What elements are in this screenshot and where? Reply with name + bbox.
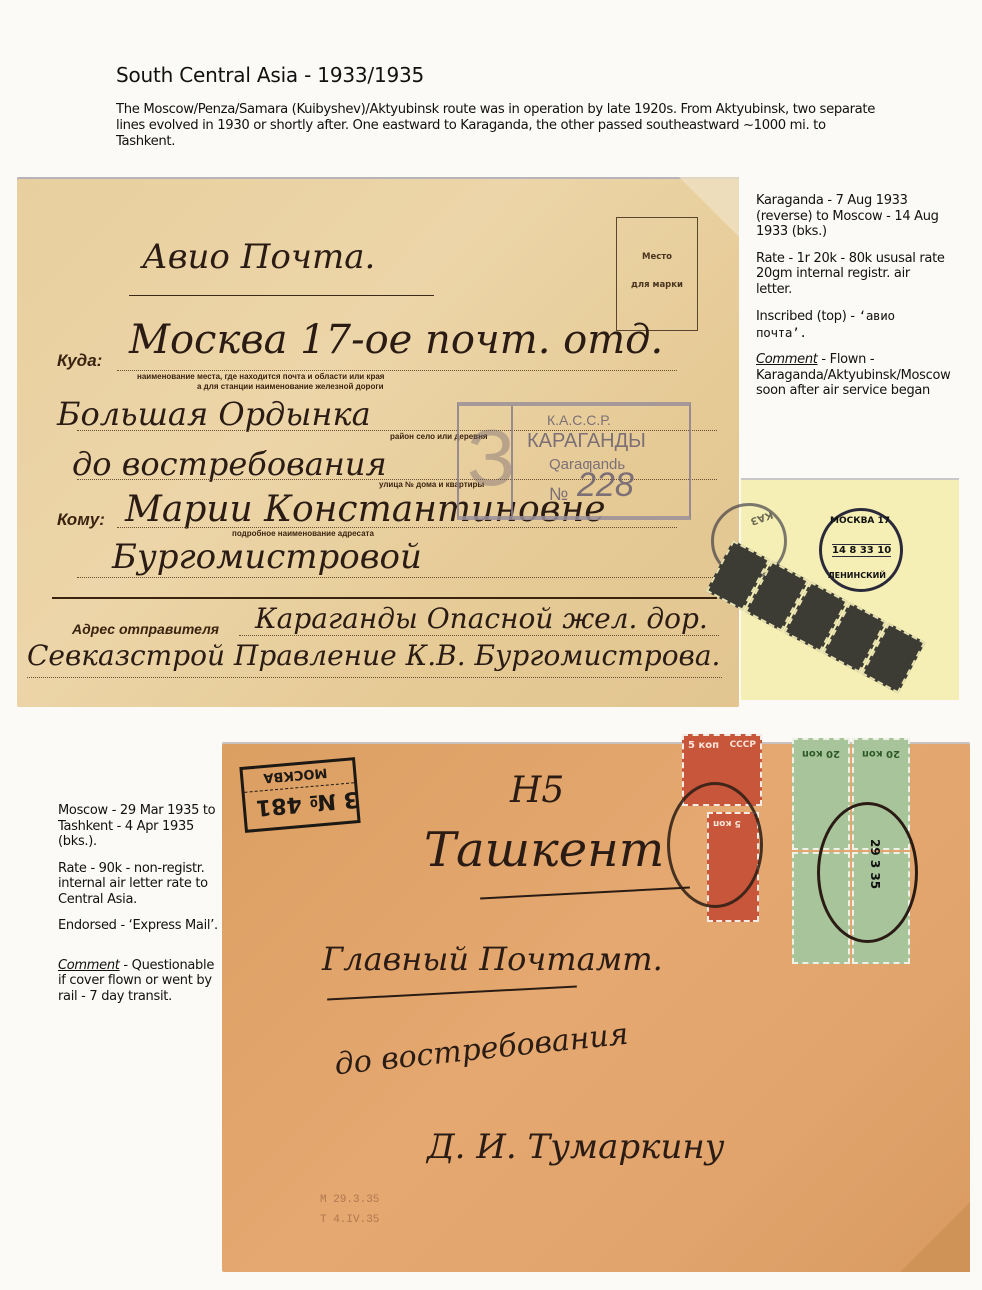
dotted-line [117, 527, 677, 528]
postmark-top: МОСКВА 17 [830, 516, 890, 526]
cover2-comment-note: Comment - Questionable if cover flown or… [58, 958, 218, 1005]
po-underline [327, 985, 577, 1000]
addressee: Д. И. Тумаркину [427, 1127, 724, 1167]
surname: Бургомистровой [112, 537, 422, 577]
inscribed-label: Inscribed (top) - [756, 309, 859, 324]
postmark-date: 29 3 35 [868, 839, 882, 889]
reg-box-bottom: 3 № 481 [255, 786, 360, 820]
cover1-route-note: Karaganda - 7 Aug 1933 (reverse) to Mosc… [756, 193, 946, 240]
green-stamp-value: 20 коп [802, 748, 840, 759]
moscow-postmark-right: 29 3 35 [817, 802, 918, 943]
handwritten-avio-pochta: Авио Почта. [142, 237, 375, 277]
dotted-line [77, 577, 717, 578]
city-underline [480, 887, 690, 900]
comment-label: Comment [58, 958, 120, 973]
page-title: South Central Asia - 1933/1935 [116, 63, 424, 87]
cover-moscow-tashkent: МОСКВА 3 № 481 Н5 Ташкент Главный Почтам… [222, 742, 970, 1272]
cover1-comment-note: Comment - Flown - Karaganda/Aktyubinsk/M… [756, 352, 946, 399]
cover-corner-fold [900, 1202, 970, 1272]
underline [129, 295, 434, 296]
cover2-route-note: Moscow - 29 Mar 1935 to Tashkent - 4 Apr… [58, 803, 218, 850]
address-city: Ташкент [424, 822, 664, 878]
stamp-place-box: Место для марки [616, 217, 698, 331]
stamp-box-line-1: Место [617, 252, 697, 262]
cover1-rate-note: Rate - 1r 20k - 80k ususal rate 20gm int… [756, 251, 946, 298]
kuda-hint-2: а для станции наименование железной доро… [197, 382, 384, 391]
cover2-endorsed-note: Endorsed - ‘Express Mail’. [58, 918, 218, 934]
registration-letter: З [467, 412, 515, 504]
intro-paragraph: The Moscow/Penza/Samara (Kuibyshev)/Akty… [116, 102, 876, 150]
registration-line-2: КАРАГАНДЫ [527, 430, 646, 453]
street-value: Большая Ордынка [57, 395, 371, 433]
pencil-transit-1: M 29.3.35 [320, 1194, 379, 1206]
express-mark: Н5 [510, 770, 564, 811]
registration-number-label: № [549, 484, 568, 505]
cover2-notes: Moscow - 29 Mar 1935 to Tashkent - 4 Apr… [58, 803, 218, 1015]
cover1-inscribed-note: Inscribed (top) - ‘авио почта’. [756, 308, 946, 341]
green-stamp-value: 20 коп [862, 748, 900, 759]
kuda-value: Москва 17-ое почт. отд. [129, 317, 663, 363]
cover1-reverse-fragment: КАЗ МОСКВА 17 14 8 33 10 ЛЕНИНСКИЙ [741, 478, 959, 700]
dotted-line [27, 677, 722, 678]
stamp-box-line-2: для марки [617, 280, 697, 290]
registration-divider [511, 406, 513, 516]
registration-box-mark: МОСКВА 3 № 481 [239, 757, 360, 833]
cover2-rate-note: Rate - 90k - non-registr. internal air l… [58, 861, 218, 908]
komu-label: Кому: [57, 510, 105, 530]
red-stamp-value: 5 коп [688, 740, 719, 751]
dotted-line [239, 635, 719, 636]
sender-value-1: Караганды Опасной жел. дор. [255, 602, 708, 635]
pencil-transit-2: Т 4.IV.35 [320, 1214, 379, 1226]
registration-number: 228 [577, 466, 634, 505]
postmark-bottom: ЛЕНИНСКИЙ [828, 571, 886, 580]
moscow-postmark-left [667, 782, 763, 908]
sender-label: Адрес отправителя [72, 621, 219, 637]
address-po: Главный Почтамт. [322, 940, 663, 978]
kuda-hint-1: наименование места, где находится почта … [137, 372, 384, 381]
dotted-line [117, 370, 677, 371]
moscow-postmark: МОСКВА 17 14 8 33 10 ЛЕНИНСКИЙ [819, 508, 903, 592]
registration-label: З К.А.С.С.Р. КАРАГАНДЫ Qaraƣandь № 228 [457, 402, 691, 520]
kuda-label: Куда: [57, 351, 102, 371]
poste-restante: до востребования [333, 1017, 630, 1083]
separator-line [52, 597, 717, 599]
sender-value-2: Севказстрой Правление К.В. Бургомистрова… [27, 639, 720, 672]
reg-box-top: МОСКВА [263, 765, 328, 786]
cover1-notes: Karaganda - 7 Aug 1933 (reverse) to Mosc… [756, 193, 946, 410]
comment-label: Comment [756, 352, 818, 367]
registration-line-1: К.А.С.С.Р. [547, 412, 611, 428]
poste-restante: до востребования [72, 445, 387, 483]
red-stamp-country: СССР [730, 740, 756, 750]
postmark-date: 14 8 33 10 [832, 544, 891, 557]
cover-karaganda-moscow: Место для марки Авио Почта. Куда: Москва… [17, 177, 739, 707]
partial-postmark-text: КАЗ [749, 508, 774, 526]
